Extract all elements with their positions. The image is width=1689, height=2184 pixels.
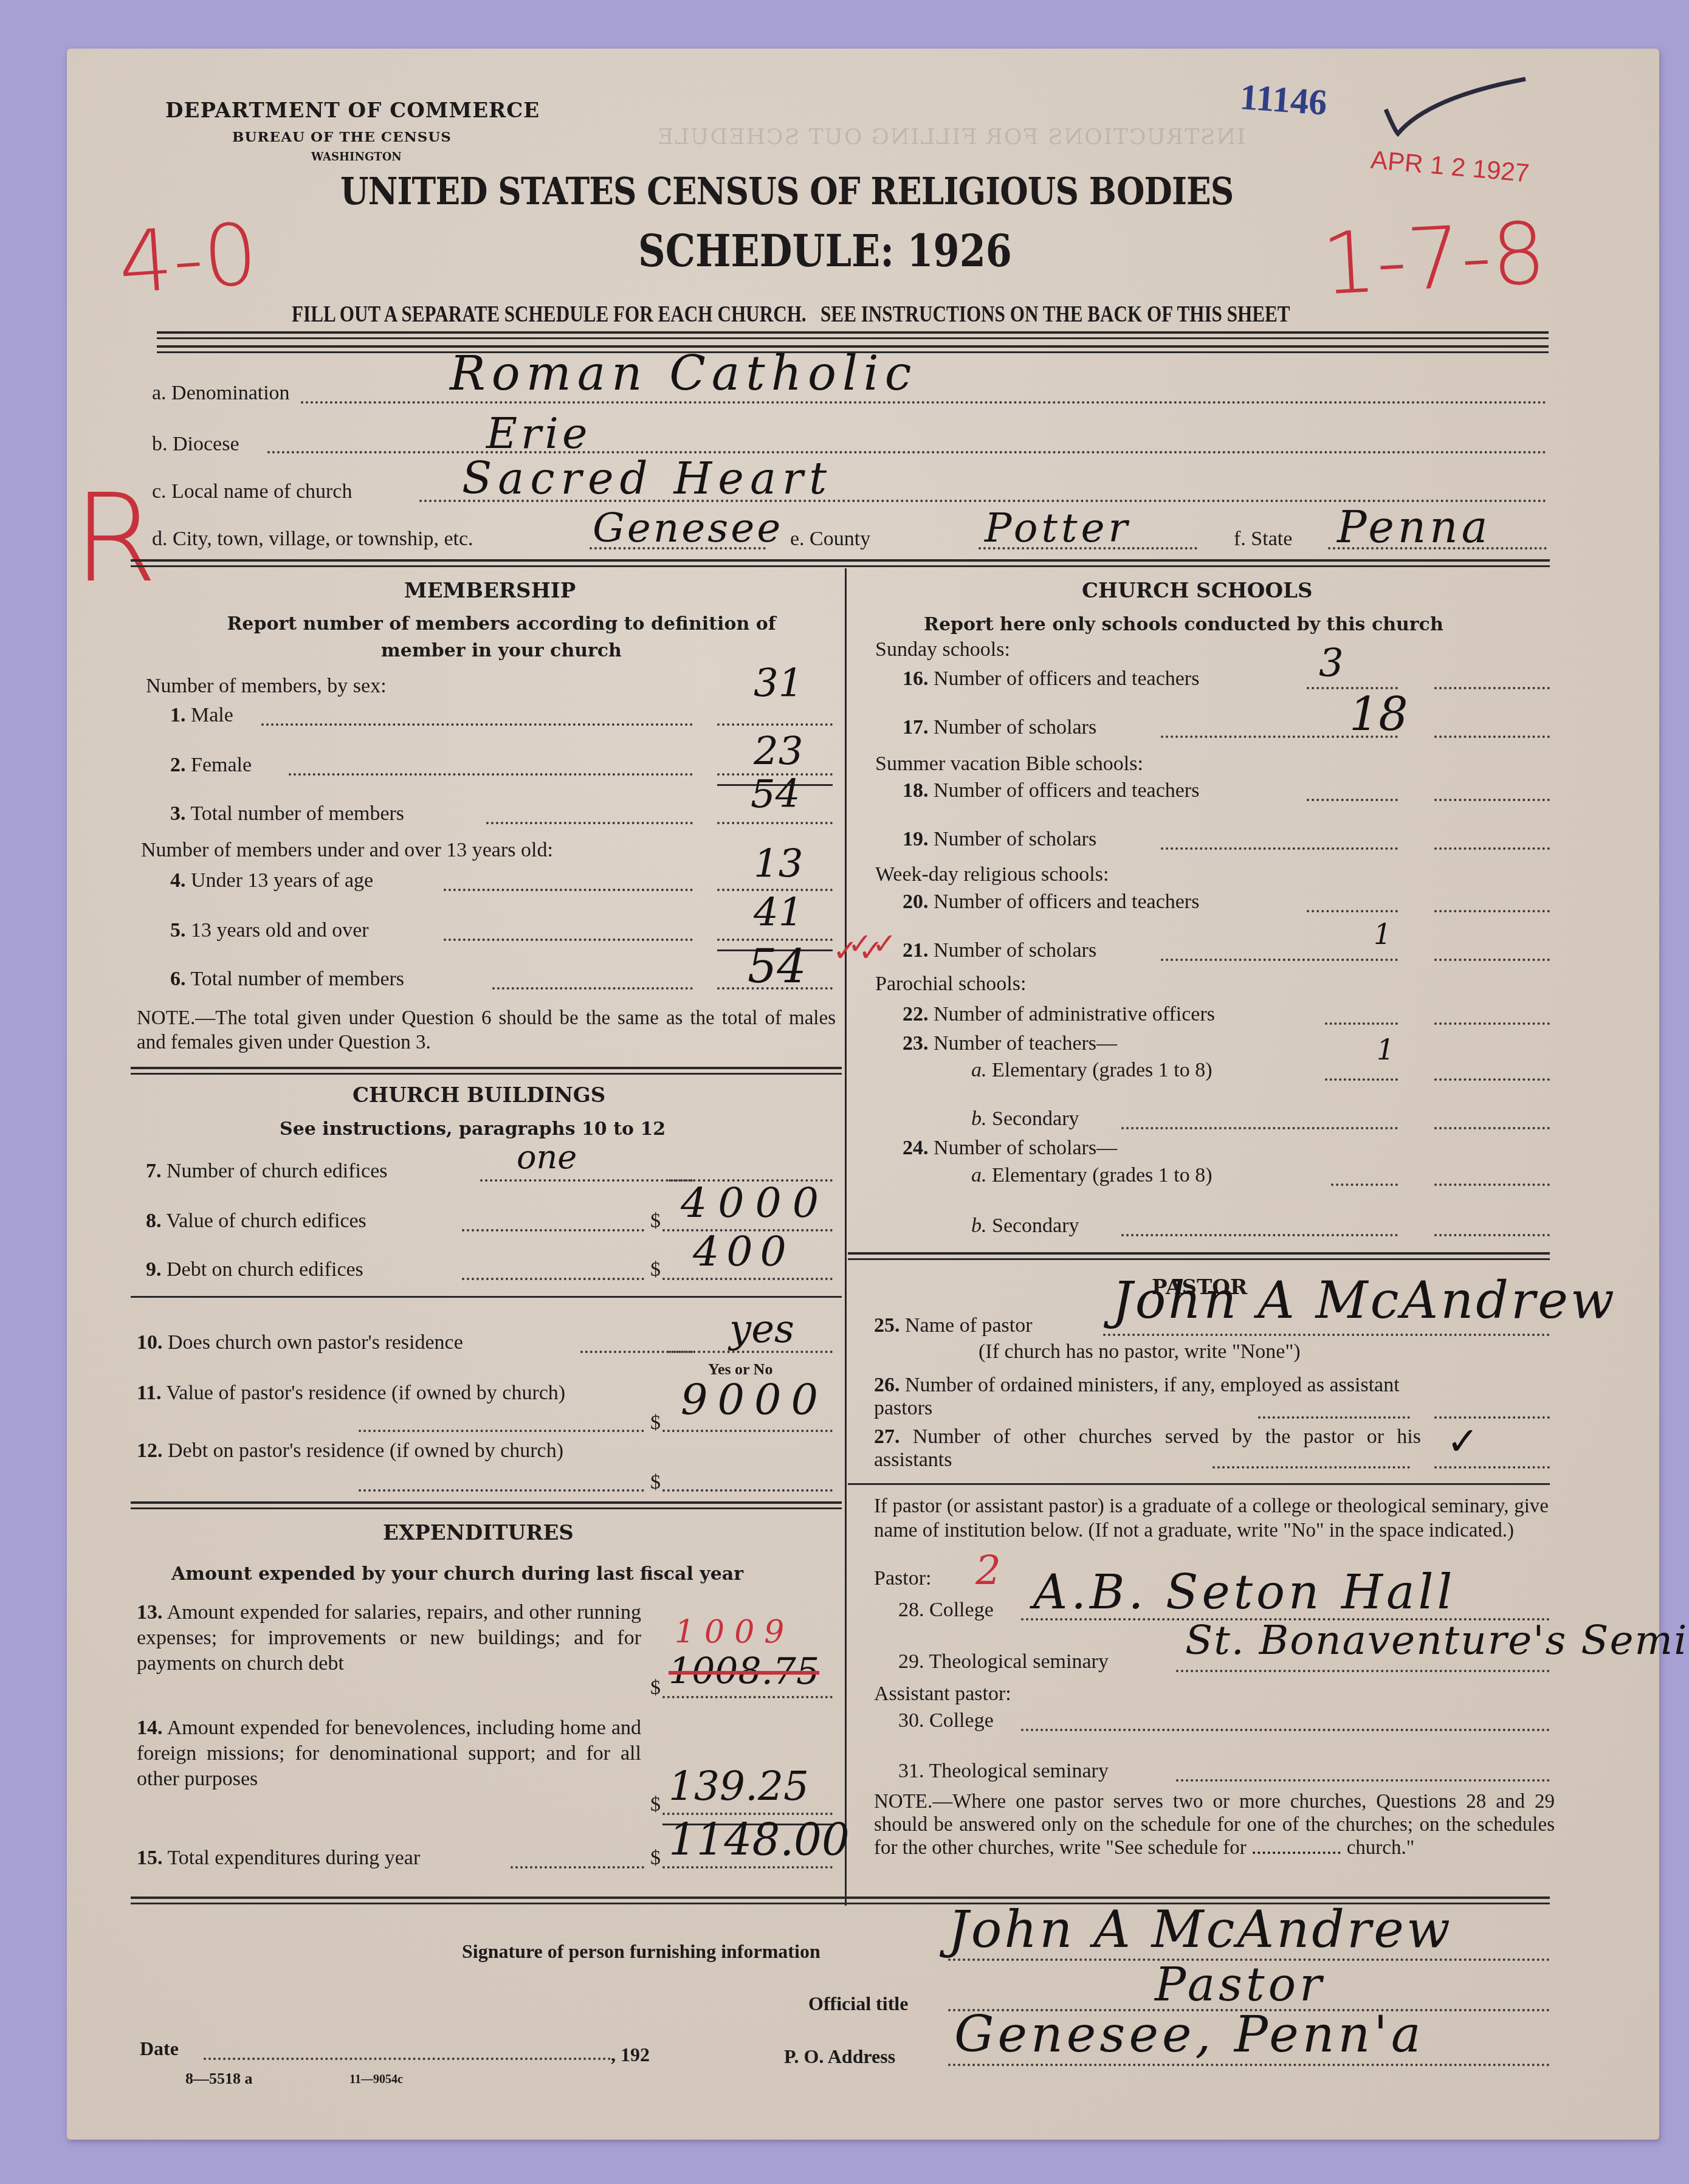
church-edifices-count-field[interactable]: one — [517, 1138, 577, 1176]
check-mark-icon — [1380, 73, 1453, 134]
membership-heading: MEMBERSHIP — [404, 579, 576, 603]
q25-label: Name of pastor — [905, 1314, 1033, 1337]
q2-leader — [289, 773, 693, 776]
q24b-leader — [1121, 1234, 1398, 1236]
asst-college-line — [1021, 1729, 1550, 1731]
denomination-line — [301, 401, 1547, 404]
form-title: UNITED STATES CENSUS OF RELIGIOUS BODIES — [340, 169, 1233, 213]
q20-leader — [1307, 910, 1398, 912]
q6-leader — [492, 987, 693, 990]
sunday-teachers-field[interactable]: 3 — [1319, 641, 1344, 686]
q24b-line — [1434, 1234, 1550, 1236]
q15-number: 15. — [137, 1847, 163, 1869]
q19-line — [1434, 847, 1550, 850]
q15-line — [662, 1866, 833, 1869]
q26-label: Number of ordained ministers, if any, em… — [874, 1374, 1400, 1419]
q24-label: Number of scholars— — [934, 1137, 1117, 1159]
q13-dollar-sign: $ — [650, 1676, 661, 1700]
q21-number: 21. — [903, 939, 929, 962]
q9-line — [662, 1278, 833, 1280]
church-schools-instruction: Report here only schools conducted by th… — [924, 614, 1443, 635]
asst-seminary-line — [1176, 1779, 1550, 1782]
local-name-field[interactable]: Sacred Heart — [462, 453, 833, 504]
po-address-field[interactable]: Genesee, Penn'a — [954, 2006, 1425, 2064]
banner-top-rule — [157, 331, 1549, 339]
q8-label: Value of church edifices — [166, 1210, 366, 1232]
q20-number: 20. — [903, 890, 929, 913]
q11-label: Value of pastor's residence (if owned by… — [167, 1382, 566, 1404]
pastor-college-field[interactable]: A.B. Seton Hall — [1033, 1565, 1456, 1620]
po-address-line — [948, 2064, 1550, 2066]
church-buildings-heading: CHURCH BUILDINGS — [353, 1083, 605, 1108]
pastor-mid-rule — [848, 1483, 1550, 1485]
q24b-label: Secondary — [992, 1214, 1079, 1237]
q24a-leader — [1331, 1183, 1398, 1186]
q27-label: Number of other churches served by the p… — [874, 1425, 1421, 1471]
q22-leader — [1325, 1022, 1398, 1025]
q6-number: 6. — [170, 968, 186, 990]
weekday-schools-label: Week-day religious schools: — [875, 863, 1109, 886]
q9-dollar-sign: $ — [650, 1258, 661, 1281]
sunday-scholars-field[interactable]: 18 — [1349, 687, 1408, 741]
q10-number: 10. — [137, 1331, 163, 1354]
q4-label: Under 13 years of age — [191, 869, 373, 892]
church-buildings-instruction: See instructions, paragraphs 10 to 12 — [280, 1118, 666, 1140]
q8-leader — [462, 1229, 644, 1232]
over-13-field[interactable]: 41 — [754, 890, 803, 935]
asst-seminary-label: 31. Theological seminary — [898, 1760, 1109, 1783]
red-annotation-margin: R — [73, 468, 157, 610]
no-pastor-hint: (If church has no pastor, write "None") — [979, 1340, 1301, 1363]
q3-line — [717, 822, 833, 824]
female-members-field[interactable]: 23 — [754, 729, 803, 774]
q15-leader — [511, 1866, 644, 1869]
q19-label: Number of scholars — [934, 828, 1096, 850]
q10-label: Does church own pastor's residence — [168, 1331, 463, 1354]
red-check-icon: ✓✓ — [848, 927, 896, 961]
membership-instruction: Report number of members according to de… — [182, 611, 820, 664]
q22-line — [1434, 1022, 1550, 1025]
total-members-q6-field[interactable]: 54 — [748, 939, 807, 993]
college-label: 28. College — [898, 1599, 994, 1622]
q18-number: 18. — [903, 779, 929, 802]
instruction-banner: FILL OUT A SEPARATE SCHEDULE FOR EACH CH… — [292, 301, 1290, 328]
male-members-field[interactable]: 31 — [754, 661, 803, 706]
seminary-label: 29. Theological seminary — [898, 1650, 1109, 1673]
q23a-letter: a. — [971, 1059, 987, 1081]
q17-number: 17. — [903, 716, 929, 739]
asst-college-label: 30. College — [898, 1709, 994, 1732]
pastor-name-field[interactable]: John A McAndrew — [1112, 1270, 1617, 1330]
bleed-through-heading: INSTRUCTIONS FOR FILLING OUT SCHEDULE — [656, 125, 1245, 150]
pastor-seminary-field[interactable]: St. Bonaventure's Seminary — [1185, 1617, 1689, 1664]
summer-schools-label: Summer vacation Bible schools: — [875, 753, 1143, 776]
bureau-name: BUREAU OF THE CENSUS — [232, 129, 452, 145]
sunday-schools-label: Sunday schools: — [875, 638, 1010, 661]
other-churches-field[interactable]: ✓ — [1446, 1419, 1479, 1464]
q24a-letter: a. — [971, 1164, 987, 1187]
q23a-label: Elementary (grades 1 to 8) — [992, 1059, 1213, 1081]
q26-number: 26. — [874, 1374, 900, 1396]
q24a-label: Elementary (grades 1 to 8) — [992, 1164, 1213, 1187]
q11-leader — [359, 1430, 644, 1432]
benevolences-field[interactable]: 139.25 — [669, 1763, 809, 1810]
q23-label: Number of teachers— — [934, 1032, 1117, 1055]
identity-bottom-rule — [131, 559, 1550, 567]
q8-number: 8. — [146, 1210, 162, 1232]
q19-number: 19. — [903, 828, 929, 850]
parochial-schools-label: Parochial schools: — [875, 973, 1026, 996]
state-label: f. State — [1234, 528, 1292, 551]
q21-label: Number of scholars — [934, 939, 1096, 962]
assistant-pastor-subheading: Assistant pastor: — [874, 1683, 1011, 1706]
q14-dollar-sign: $ — [650, 1793, 661, 1816]
buildings-mid-rule — [131, 1296, 842, 1298]
county-field[interactable]: Potter — [985, 505, 1131, 551]
q4-leader — [444, 889, 693, 891]
signature-field[interactable]: John A McAndrew — [948, 1900, 1453, 1959]
red-annotation-right: 1-7-8 — [1319, 204, 1548, 314]
q23a-line — [1434, 1078, 1550, 1081]
residence-value-field[interactable]: 9000 — [681, 1375, 828, 1425]
local-name-label: c. Local name of church — [152, 480, 352, 503]
q7-leader — [480, 1179, 693, 1182]
q1-label: Male — [191, 704, 233, 726]
q22-label: Number of administrative officers — [934, 1003, 1215, 1025]
diocese-field[interactable]: Erie — [486, 408, 591, 458]
q13-line — [662, 1696, 833, 1698]
q24a-line — [1434, 1183, 1550, 1186]
q21-leader — [1161, 959, 1398, 961]
q21-line — [1434, 959, 1550, 961]
q12-line — [662, 1489, 833, 1492]
column-divider — [845, 568, 847, 1906]
q3-number: 3. — [170, 802, 186, 825]
q24b-letter: b. — [971, 1214, 987, 1237]
q26-line — [1434, 1416, 1550, 1419]
q1-leader — [261, 723, 693, 726]
q16-label: Number of officers and teachers — [934, 667, 1199, 690]
owns-residence-field[interactable]: yes — [729, 1307, 794, 1352]
department-name: DEPARTMENT OF COMMERCE — [165, 98, 540, 123]
q12-dollar-sign: $ — [650, 1471, 661, 1494]
q23b-leader — [1121, 1127, 1398, 1129]
q18-label: Number of officers and teachers — [934, 779, 1199, 802]
po-address-label: P. O. Address — [784, 2045, 895, 2068]
multiple-churches-note: NOTE.—Where one pastor serves two or mor… — [874, 1790, 1555, 1859]
q23-number: 23. — [903, 1032, 929, 1055]
by-sex-label: Number of members, by sex: — [146, 675, 387, 698]
q16-number: 16. — [903, 667, 929, 690]
denomination-field[interactable]: Roman Catholic — [450, 346, 917, 401]
q5-number: 5. — [170, 919, 186, 942]
q27-leader — [1213, 1466, 1410, 1469]
q1-line — [717, 723, 833, 726]
q26-leader — [1258, 1416, 1410, 1419]
denomination-label: a. Denomination — [152, 382, 290, 405]
under-13-field[interactable]: 13 — [754, 842, 803, 887]
serial-stamp: 11146 — [1239, 76, 1329, 124]
q27-number: 27. — [874, 1425, 900, 1448]
city-field[interactable]: Genesee — [593, 505, 783, 551]
q14-label: Amount expended for benevolences, includ… — [137, 1717, 641, 1790]
q5-label: 13 years old and over — [191, 919, 369, 942]
q23a-leader — [1325, 1078, 1398, 1081]
q7-number: 7. — [146, 1160, 162, 1182]
total-expenditures-field[interactable]: 1148.00 — [669, 1814, 850, 1865]
official-title-label: Official title — [808, 1993, 908, 2015]
q22-number: 22. — [903, 1003, 929, 1025]
q6-label: Total number of members — [190, 968, 404, 990]
q12-number: 12. — [137, 1439, 163, 1462]
q11-number: 11. — [137, 1382, 162, 1404]
diocese-line — [267, 451, 1547, 453]
q4-number: 4. — [170, 869, 186, 892]
date-line — [204, 2058, 611, 2060]
q18-leader — [1307, 799, 1398, 801]
q3-label: Total number of members — [190, 802, 404, 825]
membership-note: NOTE.—The total given under Question 6 s… — [137, 1006, 836, 1055]
q7-label: Number of church edifices — [167, 1160, 387, 1182]
red-annotation-two: 2 — [975, 1547, 1001, 1594]
church-edifices-value-field[interactable]: 4000 — [681, 1179, 830, 1227]
schedule-year: SCHEDULE: 1926 — [638, 225, 1012, 277]
expenditures-instruction: Amount expended by your church during la… — [171, 1563, 743, 1585]
q19-leader — [1161, 847, 1398, 850]
bureau-city: WASHINGTON — [311, 151, 402, 164]
county-label: e. County — [790, 528, 870, 551]
q11-line — [662, 1430, 833, 1432]
total-members-q3-field[interactable]: 54 — [751, 772, 800, 817]
q1-number: 1. — [170, 704, 186, 726]
q17-line — [1434, 735, 1550, 738]
official-title-field[interactable]: Pastor — [1155, 1957, 1326, 2011]
elementary-teachers-field[interactable]: 1 — [1377, 1033, 1394, 1066]
q23b-line — [1434, 1127, 1550, 1129]
membership-bottom-rule — [131, 1067, 842, 1075]
q12-label: Debt on pastor's residence (if owned by … — [168, 1439, 563, 1462]
expenditures-heading: EXPENDITURES — [383, 1521, 574, 1545]
q9-number: 9. — [146, 1258, 162, 1281]
graduate-instruction: If pastor (or assistant pastor) is a gra… — [874, 1494, 1549, 1543]
city-label: d. City, town, village, or township, etc… — [152, 528, 473, 551]
q11-dollar-sign: $ — [650, 1411, 661, 1435]
q25-line — [1103, 1334, 1550, 1336]
q2-label: Female — [191, 754, 252, 776]
buildings-bottom-rule — [131, 1501, 842, 1509]
q13-number: 13. — [137, 1601, 163, 1624]
q17-label: Number of scholars — [934, 716, 1096, 739]
weekday-scholars-field[interactable]: 1 — [1374, 918, 1391, 951]
church-schools-heading: CHURCH SCHOOLS — [1082, 579, 1313, 603]
seminary-line — [1176, 1670, 1550, 1672]
q15-label: Total expenditures during year — [167, 1847, 420, 1869]
q25-number: 25. — [874, 1314, 900, 1337]
q23b-letter: b. — [971, 1108, 987, 1130]
schools-bottom-rule — [848, 1252, 1550, 1260]
q9-label: Debt on church edifices — [167, 1258, 363, 1281]
q12-leader — [359, 1489, 644, 1492]
form-number: 8—5518 a — [185, 2070, 253, 2088]
state-field[interactable]: Penna — [1337, 501, 1491, 553]
q13-red-correction: 1009 — [675, 1614, 794, 1650]
pastor-subheading: Pastor: — [874, 1567, 931, 1590]
q23b-label: Secondary — [992, 1108, 1079, 1130]
q5-leader — [444, 939, 693, 941]
red-annotation-left: 4-0 — [115, 205, 261, 314]
q13-label: Amount expended for salaries, repairs, a… — [137, 1601, 641, 1675]
church-edifices-debt-field[interactable]: 400 — [693, 1228, 794, 1276]
q14-number: 14. — [137, 1717, 163, 1739]
print-number: 11—9054c — [349, 2073, 403, 2087]
date-year-prefix: , 192 — [611, 2044, 650, 2066]
q20-label: Number of officers and teachers — [934, 890, 1199, 913]
q18-line — [1434, 799, 1550, 801]
q3-leader — [486, 822, 693, 824]
date-label: Date — [140, 2038, 179, 2060]
diocese-label: b. Diocese — [152, 433, 239, 456]
age-group-label: Number of members under and over 13 year… — [141, 839, 553, 862]
q9-leader — [462, 1278, 644, 1280]
q8-dollar-sign: $ — [650, 1210, 661, 1233]
q2-number: 2. — [170, 754, 186, 776]
q24-number: 24. — [903, 1137, 929, 1159]
q27-line — [1434, 1466, 1550, 1469]
running-expenses-field[interactable]: 1008.75 — [669, 1650, 819, 1693]
signature-label: Signature of person furnishing informati… — [462, 1940, 820, 1963]
q16-line — [1434, 687, 1550, 689]
q15-dollar-sign: $ — [650, 1847, 661, 1870]
q20-line — [1434, 910, 1550, 912]
